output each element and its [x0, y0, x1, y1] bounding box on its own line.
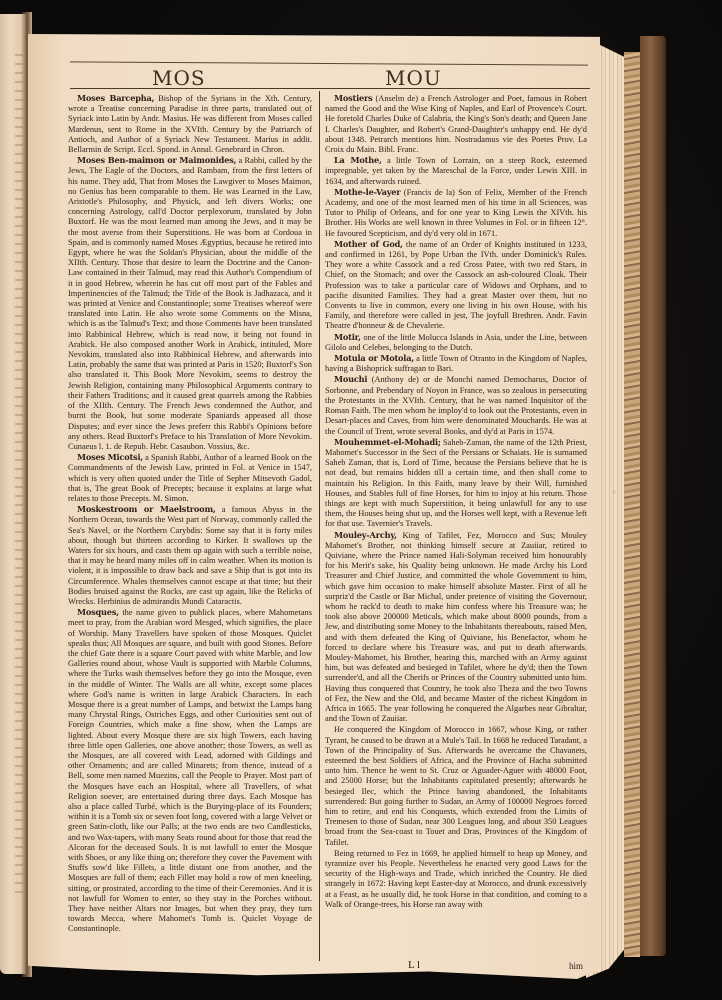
- entry-headword: Mothe-le-Vayer: [334, 187, 400, 197]
- dictionary-entry: Moses Ben-maimon or Maimonides, a Rabbi,…: [68, 155, 312, 452]
- marbled-endpaper: [624, 52, 640, 957]
- dictionary-entry: Mosques, the name given to publick place…: [68, 607, 312, 935]
- entry-text: He conquered the Kingdom of Morocco in 1…: [325, 725, 587, 846]
- dictionary-entry: Moskestroom or Maelstroom, a famous Abys…: [68, 504, 312, 607]
- entry-text: (Anthony de) or de Monchi named Demochar…: [325, 375, 587, 435]
- entry-headword: Motir,: [334, 332, 361, 342]
- entry-headword: Moses Barcepha,: [77, 93, 154, 103]
- dictionary-entry: Mostiers (Anselm de) a French Astrologer…: [325, 93, 587, 155]
- entry-headword: Moskestroom or Maelstroom,: [77, 504, 216, 514]
- entry-text: King of Tafilet, Fez, Morocco and Sus; M…: [325, 531, 587, 724]
- entry-headword: Mother of God,: [334, 239, 403, 249]
- dictionary-entry: Moses Micotsi, a Spanish Rabbi, Author o…: [68, 452, 312, 504]
- entry-headword: Mouhemmet-el-Mohadi;: [334, 437, 441, 447]
- entry-text: Saheb-Zaman, the name of the 12th Priest…: [325, 438, 587, 529]
- entry-text: a famous Abyss in the Northern Ocean, to…: [68, 505, 312, 606]
- foxing-spot: [612, 490, 616, 494]
- dictionary-entry: Being returned to Fez in 1669, he applie…: [325, 848, 587, 910]
- running-head-left: MOS: [152, 66, 206, 90]
- dictionary-entry: He conquered the Kingdom of Morocco in 1…: [325, 724, 587, 847]
- left-column: Moses Barcepha, Bishop of the Syrians in…: [68, 93, 312, 935]
- entry-headword: Moses Ben-maimon or Maimonides,: [77, 155, 236, 165]
- entry-text: Bishop of the Syrians in the Xth. Centur…: [68, 94, 312, 154]
- dictionary-entry: Motula or Motola, a little Town of Otran…: [325, 353, 587, 374]
- entry-text: Being returned to Fez in 1669, he applie…: [325, 849, 587, 909]
- running-head-right: MOU: [385, 66, 442, 90]
- dictionary-entry: Moses Barcepha, Bishop of the Syrians in…: [68, 93, 312, 155]
- entry-headword: La Mothe,: [334, 155, 382, 165]
- entry-headword: Mouley-Archy,: [334, 530, 397, 540]
- entry-headword: Mouchi: [334, 374, 367, 384]
- dictionary-entry: Mother of God, the name of an Order of K…: [325, 239, 587, 332]
- entry-headword: Moses Micotsi,: [77, 452, 143, 462]
- entry-headword: Motula or Motola,: [334, 353, 414, 363]
- entry-text: one of the little Molucca Islands in Asi…: [325, 333, 587, 352]
- dictionary-entry: La Mothe, a little Town of Lorrain, on a…: [325, 155, 587, 187]
- header-rule-bottom: [70, 88, 590, 89]
- entry-text: the name of an Order of Knights institut…: [325, 240, 587, 331]
- column-divider: [319, 91, 320, 961]
- entry-headword: Mostiers: [334, 93, 373, 103]
- entry-text: (Anselm de) a French Astrologer and Poet…: [325, 94, 587, 154]
- dictionary-entry: Mothe-le-Vayer (Francis de la) Son of Fe…: [325, 187, 587, 239]
- dictionary-entry: Mouchi (Anthony de) or de Monchi named D…: [325, 374, 587, 436]
- printer-signature-mark: L l: [408, 959, 420, 971]
- right-column: Mostiers (Anselm de) a French Astrologer…: [325, 93, 587, 910]
- catchword: him: [569, 961, 583, 971]
- leather-cover: [640, 36, 666, 956]
- left-page-edge: [0, 14, 26, 974]
- dictionary-entry: Motir, one of the little Molucca Islands…: [325, 332, 587, 353]
- dictionary-entry: Mouley-Archy, King of Tafilet, Fez, Moro…: [325, 530, 587, 725]
- entry-headword: Mosques,: [77, 607, 119, 617]
- dictionary-entry: Mouhemmet-el-Mohadi; Saheb-Zaman, the na…: [325, 437, 587, 530]
- entry-text: the name given to publick places, where …: [68, 608, 312, 933]
- left-page-text-ghost: [15, 54, 23, 894]
- entry-text: a Rabbi, called by the Jews, The Eagle o…: [68, 156, 312, 451]
